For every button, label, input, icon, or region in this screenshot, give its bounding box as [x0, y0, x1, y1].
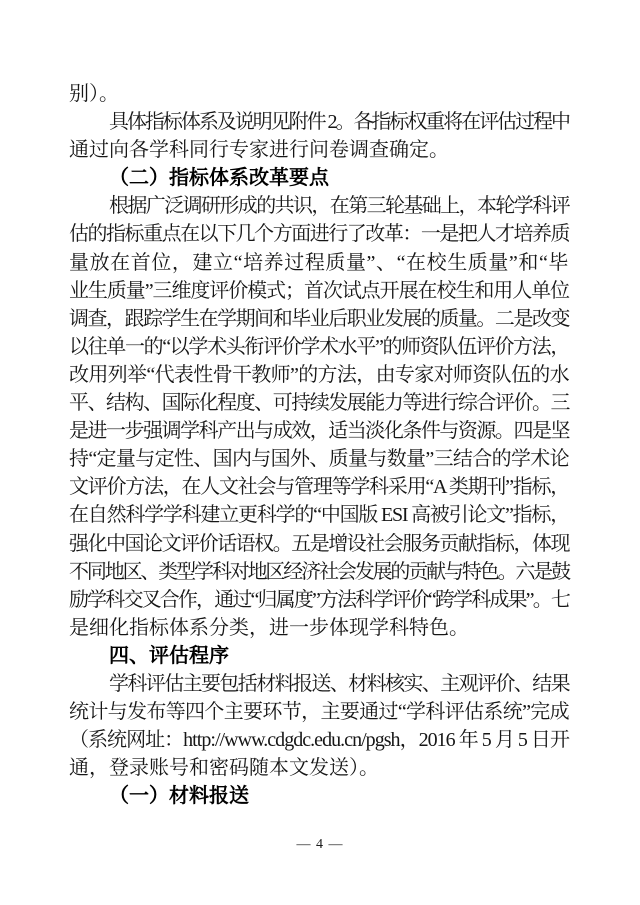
line-text: 统计与发布等四个主要环节，主要通过“学科评估系统”完成 [69, 698, 569, 726]
line-text: 不同地区、类型学科对地区经济社会发展的贡献与特色。六是鼓 [69, 558, 569, 586]
text-line: 别）。 [69, 80, 569, 108]
text-line: 估的指标重点在以下几个方面进行了改革：一是把人才培养质 [69, 220, 569, 248]
line-text: 根据广泛调研形成的共识，在第三轮基础上，本轮学科评 [109, 192, 569, 220]
line-text: 是进一步强调学科产出与成效，适当淡化条件与资源。四是坚 [69, 417, 569, 445]
text-line: 通，登录账号和密码随本文发送）。 [69, 754, 569, 782]
page-number: — 4 — [0, 837, 640, 853]
text-line: 不同地区、类型学科对地区经济社会发展的贡献与特色。六是鼓 [69, 558, 569, 586]
text-line: 改用列举“代表性骨干教师”的方法，由专家对师资队伍的水 [69, 361, 569, 389]
heading-line: （一）材料报送 [69, 782, 569, 810]
text-line: 在自然科学学科建立更科学的“中国版 ESI 高被引论文”指标， [69, 501, 569, 529]
line-text: 改用列举“代表性骨干教师”的方法，由专家对师资队伍的水 [69, 361, 569, 389]
text-line: 文评价方法，在人文社会与管理等学科采用“A 类期刊”指标， [69, 473, 569, 501]
text-line: 业生质量”三维度评价模式；首次试点开展在校生和用人单位 [69, 277, 569, 305]
text-line: 励学科交叉合作，通过“归属度”方法科学评价“跨学科成果”。七 [69, 586, 569, 614]
line-text: 强化中国论文评价话语权。五是增设社会服务贡献指标，体现 [69, 530, 569, 558]
line-text: 量放在首位，建立“培养过程质量”、“在校生质量”和“毕 [69, 249, 569, 277]
line-text: 以往单一的“以学术头衔评价学术水平”的师资队伍评价方法， [69, 333, 569, 361]
text-line: 调查，跟踪学生在学期间和毕业后职业发展的质量。二是改变 [69, 305, 569, 333]
text-line: 是进一步强调学科产出与成效，适当淡化条件与资源。四是坚 [69, 417, 569, 445]
line-text: 持“定量与定性、国内与国外、质量与数量”三结合的学术论 [69, 445, 569, 473]
line-text: 平、结构、国际化程度、可持续发展能力等进行综合评价。三 [69, 389, 569, 417]
line-text: （二）指标体系改革要点 [109, 164, 329, 192]
line-text: 励学科交叉合作，通过“归属度”方法科学评价“跨学科成果”。七 [69, 586, 569, 614]
line-text: 别）。 [69, 80, 119, 108]
text-line: 持“定量与定性、国内与国外、质量与数量”三结合的学术论 [69, 445, 569, 473]
document-body: 别）。具体指标体系及说明见附件 2。各指标权重将在评估过程中通过向各学科同行专家… [69, 80, 569, 810]
heading-line: （二）指标体系改革要点 [69, 164, 569, 192]
text-line: 统计与发布等四个主要环节，主要通过“学科评估系统”完成 [69, 698, 569, 726]
line-text: 四、评估程序 [109, 642, 229, 670]
text-line: 强化中国论文评价话语权。五是增设社会服务贡献指标，体现 [69, 530, 569, 558]
line-text: 学科评估主要包括材料报送、材料核实、主观评价、结果 [109, 670, 569, 698]
text-line: 学科评估主要包括材料报送、材料核实、主观评价、结果 [69, 670, 569, 698]
text-line: 根据广泛调研形成的共识，在第三轮基础上，本轮学科评 [69, 192, 569, 220]
line-text: 文评价方法，在人文社会与管理等学科采用“A 类期刊”指标， [69, 473, 569, 501]
line-text: （系统网址：http://www.cdgdc.edu.cn/pgsh，2016 … [69, 726, 569, 754]
line-text: 是细化指标体系分类，进一步体现学科特色。 [69, 614, 469, 642]
text-line: 量放在首位，建立“培养过程质量”、“在校生质量”和“毕 [69, 249, 569, 277]
text-line: 具体指标体系及说明见附件 2。各指标权重将在评估过程中 [69, 108, 569, 136]
text-line: 通过向各学科同行专家进行问卷调查确定。 [69, 136, 569, 164]
line-text: 通过向各学科同行专家进行问卷调查确定。 [69, 136, 449, 164]
text-line: 是细化指标体系分类，进一步体现学科特色。 [69, 614, 569, 642]
line-text: （一）材料报送 [109, 782, 249, 810]
heading-line: 四、评估程序 [69, 642, 569, 670]
line-text: 估的指标重点在以下几个方面进行了改革：一是把人才培养质 [69, 220, 569, 248]
text-line: 平、结构、国际化程度、可持续发展能力等进行综合评价。三 [69, 389, 569, 417]
line-text: 业生质量”三维度评价模式；首次试点开展在校生和用人单位 [69, 277, 569, 305]
text-line: 以往单一的“以学术头衔评价学术水平”的师资队伍评价方法， [69, 333, 569, 361]
line-text: 通，登录账号和密码随本文发送）。 [69, 754, 379, 782]
line-text: 在自然科学学科建立更科学的“中国版 ESI 高被引论文”指标， [69, 501, 569, 529]
line-text: 调查，跟踪学生在学期间和毕业后职业发展的质量。二是改变 [69, 305, 569, 333]
text-line: （系统网址：http://www.cdgdc.edu.cn/pgsh，2016 … [69, 726, 569, 754]
line-text: 具体指标体系及说明见附件 2。各指标权重将在评估过程中 [109, 108, 569, 136]
document-page: 别）。具体指标体系及说明见附件 2。各指标权重将在评估过程中通过向各学科同行专家… [0, 0, 640, 905]
